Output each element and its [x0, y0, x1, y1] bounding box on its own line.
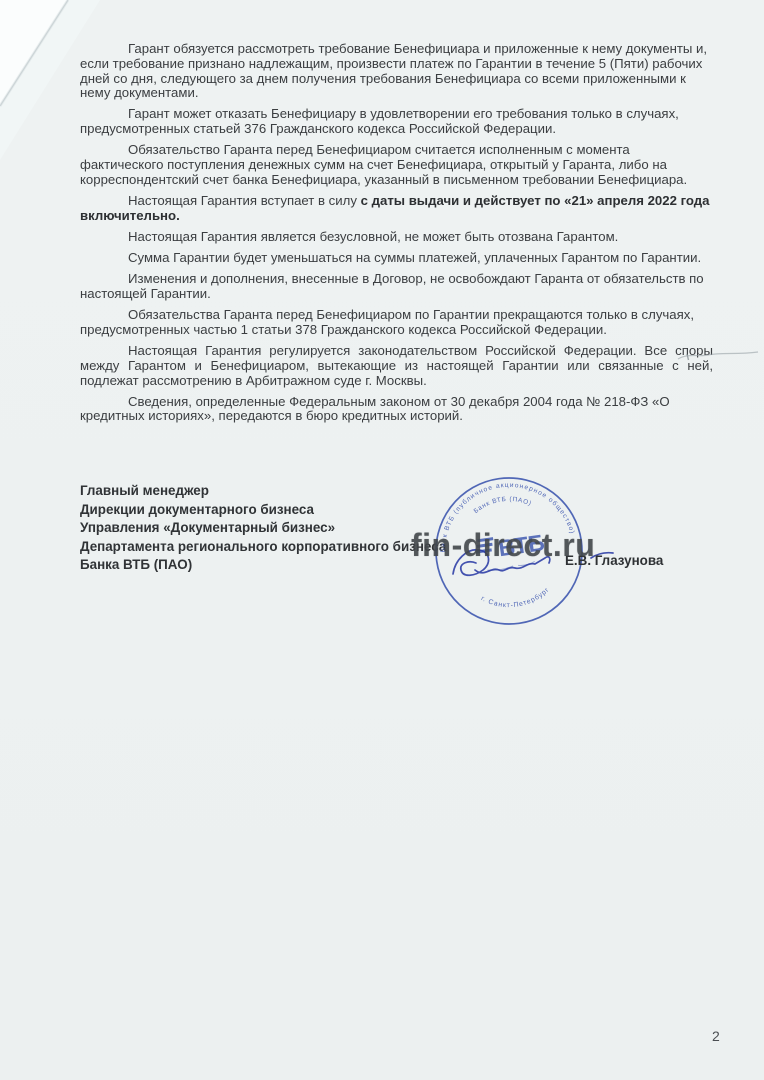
validity-prefix: Настоящая Гарантия вступает в силу: [128, 193, 361, 208]
page-number: 2: [712, 1028, 720, 1044]
paragraph-amendments: Изменения и дополнения, внесенные в Дого…: [80, 272, 713, 302]
paragraph-fulfillment: Обязательство Гаранта перед Бенефициаром…: [80, 143, 713, 187]
paragraph-credit-history: Сведения, определенные Федеральным закон…: [80, 395, 713, 425]
signature-title-block: Главный менеджер Дирекции документарного…: [80, 482, 446, 575]
document-body: Гарант обязуется рассмотреть требование …: [80, 42, 713, 431]
signer-title-line: Дирекции документарного бизнеса: [80, 501, 446, 520]
paragraph-termination: Обязательства Гаранта перед Бенефициаром…: [80, 308, 713, 338]
signer-title-line: Управления «Документарный бизнес»: [80, 519, 446, 538]
paragraph-amount-reduction: Сумма Гарантии будет уменьшаться на сумм…: [80, 251, 713, 266]
paragraph-governing-law: Настоящая Гарантия регулируется законода…: [80, 344, 713, 388]
paragraph-refusal-grounds: Гарант может отказать Бенефициару в удов…: [80, 107, 713, 137]
watermark: fin-direct.ru: [411, 527, 595, 564]
paragraph-review-obligation: Гарант обязуется рассмотреть требование …: [80, 42, 713, 101]
paragraph-validity: Настоящая Гарантия вступает в силу с дат…: [80, 194, 713, 224]
signer-title-line: Банка ВТБ (ПАО): [80, 556, 446, 575]
signer-title-line: Департамента регионального корпоративног…: [80, 538, 446, 557]
scanned-document-page: Гарант обязуется рассмотреть требование …: [0, 0, 764, 1080]
paragraph-unconditional: Настоящая Гарантия является безусловной,…: [80, 230, 713, 245]
pen-smudge: [674, 343, 764, 367]
signer-title-line: Главный менеджер: [80, 482, 446, 501]
page-fold-corner: [0, 0, 130, 170]
